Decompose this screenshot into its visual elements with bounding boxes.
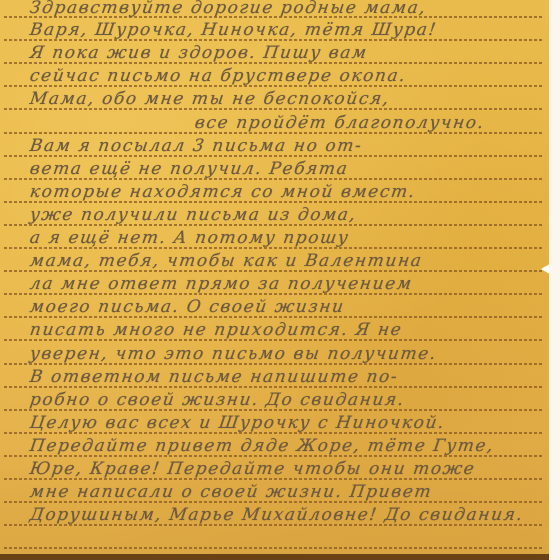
paper-bottom-edge [0, 554, 549, 560]
letter-line: моего письма. О своей жизни [28, 295, 549, 319]
letter-line: а я ещё нет. А потому прошу [28, 226, 549, 250]
letter-line: Юре, Краве! Передайте чтобы они тоже [28, 457, 549, 481]
letter-line: вета ещё не получил. Ребята [28, 157, 549, 181]
scan-margin [549, 0, 560, 560]
letter-line: робно о своей жизни. До свидания. [28, 388, 549, 412]
letter-line: сейчас письмо на бруствере окопа. [28, 64, 549, 88]
letter-line: мне написали о своей жизни. Привет [28, 480, 549, 504]
letter-line: Я пока жив и здоров. Пишу вам [28, 41, 549, 65]
ruled-line [4, 547, 544, 549]
letter-line: ла мне ответ прямо за получением [28, 272, 549, 296]
letter-line: которые находятся со мной вмест. [28, 180, 549, 204]
letter-line: Дорушиным, Марье Михайловне! До свидания… [28, 503, 549, 527]
letter-line: Здравствуйте дорогие родные мама, [28, 0, 549, 20]
letter-line: Целую вас всех и Шурочку с Ниночкой. [28, 411, 549, 435]
letter-line: мама, тебя, чтобы как и Валентина [28, 249, 549, 273]
letter-line: уверен, что это письмо вы получите. [28, 342, 549, 366]
letter-line: Мама, обо мне ты не беспокойся, [28, 87, 549, 111]
letter-line: все пройдёт благополучно. [193, 111, 549, 135]
letter-line: писать много не приходится. Я не [28, 318, 549, 342]
letter-paper: Здравствуйте дорогие родные мама,Варя, Ш… [0, 0, 549, 556]
letter-line: уже получили письма из дома, [28, 203, 549, 227]
letter-line: В ответном письме напишите по- [28, 365, 549, 389]
letter-line: Варя, Шурочка, Ниночка, тётя Шура! [28, 18, 549, 42]
letter-line: Передайте привет дяде Жоре, тёте Гуте, [28, 434, 549, 458]
letter-line: Вам я посылал 3 письма но от- [28, 134, 549, 158]
